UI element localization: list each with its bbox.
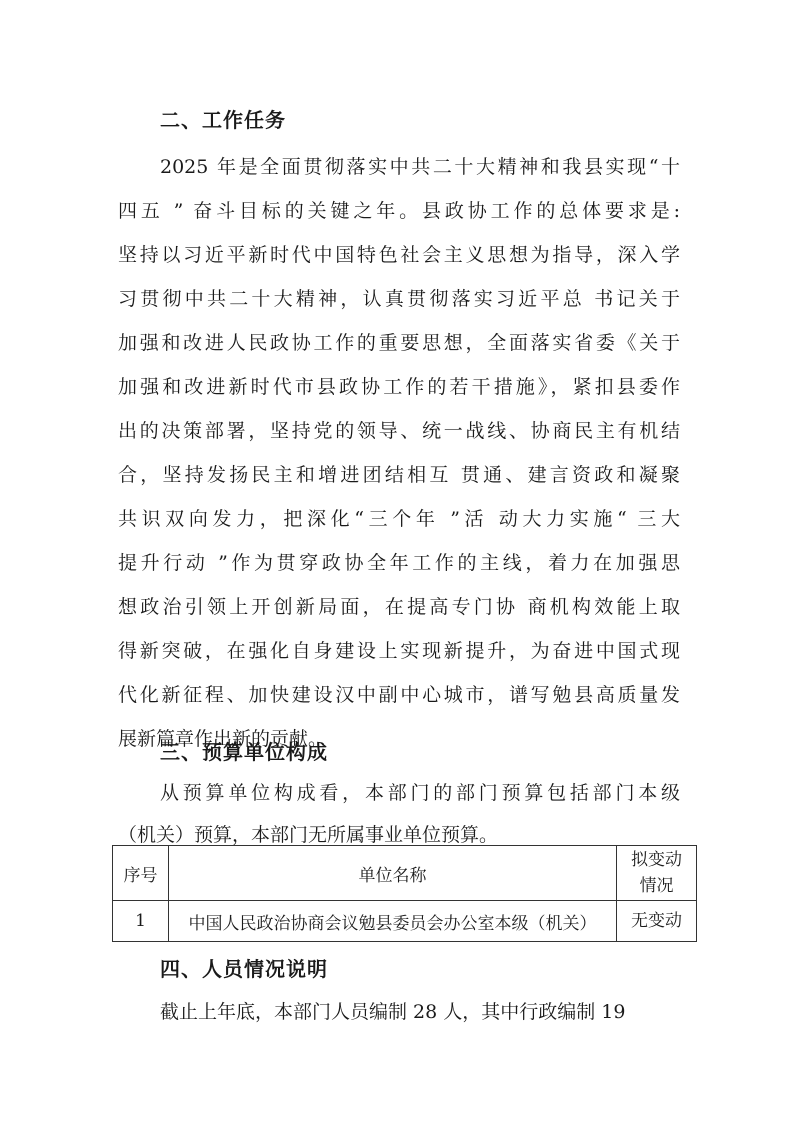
section-heading-personnel: 四、人员情况说明 <box>160 953 328 982</box>
header-change-line2: 情况 <box>617 873 696 899</box>
paragraph-line: 共识双向发力，把深化“三个年 ”活 动大力实施“ 三大 <box>118 504 680 531</box>
header-change-line1: 拟变动 <box>617 847 696 873</box>
paragraph-line: 代化新征程、加快建设汉中副中心城市，谱写勉县高质量发 <box>118 680 680 707</box>
paragraph-line: 出的决策部署，坚持党的领导、统一战线、协商民主有机结 <box>118 416 680 443</box>
paragraph-line: （机关）预算，本部门无所属事业单位预算。 <box>118 820 680 847</box>
paragraph-line: 提升行动 ”作为贯穿政协全年工作的主线，着力在加强思 <box>118 548 680 575</box>
paragraph-line: 坚持以习近平新时代中国特色社会主义思想为指导，深入学 <box>118 240 680 267</box>
paragraph-line: 加强和改进新时代市县政协工作的若干措施》，紧扣县委作 <box>118 372 680 399</box>
paragraph-line: 四五 ” 奋斗目标的关键之年。县政协工作的总体要求是: <box>118 196 680 223</box>
header-index: 序号 <box>113 846 169 901</box>
cell-change-status: 无变动 <box>617 901 697 942</box>
paragraph-line: 习贯彻中共二十大精神，认真贯彻落实习近平总 书记关于 <box>118 284 680 311</box>
cell-index: 1 <box>113 901 169 942</box>
paragraph-line: 加强和改进人民政协工作的重要思想，全面落实省委《关于 <box>118 328 680 355</box>
paragraph-line: 截止上年底，本部门人员编制 28 人，其中行政编制 19 <box>160 997 680 1024</box>
table-header-row: 序号 单位名称 拟变动 情况 <box>113 846 697 901</box>
paragraph-line: 得新突破，在强化自身建设上实现新提升，为奋进中国式现 <box>118 636 680 663</box>
paragraph-line: 合，坚持发扬民主和增进团结相互 贯通、建言资政和凝聚 <box>118 460 680 487</box>
paragraph-line: 从预算单位构成看，本部门的部门预算包括部门本级 <box>160 778 680 805</box>
header-unit-name: 单位名称 <box>169 846 617 901</box>
paragraph-line: 想政治引领上开创新局面，在提高专门协 商机构效能上取 <box>118 592 680 619</box>
paragraph-line: 2025 年是全面贯彻落实中共二十大精神和我县实现“十 <box>160 152 680 179</box>
section-heading-budget-units: 三、预算单位构成 <box>160 736 328 765</box>
table-row: 1 中国人民政治协商会议勉县委员会办公室本级（机关） 无变动 <box>113 901 697 942</box>
budget-unit-table: 序号 单位名称 拟变动 情况 1 中国人民政治协商会议勉县委员会办公室本级（机关… <box>112 845 697 942</box>
section-heading-work-tasks: 二、工作任务 <box>160 104 286 133</box>
cell-unit-name: 中国人民政治协商会议勉县委员会办公室本级（机关） <box>169 901 617 942</box>
header-change-status: 拟变动 情况 <box>617 846 697 901</box>
